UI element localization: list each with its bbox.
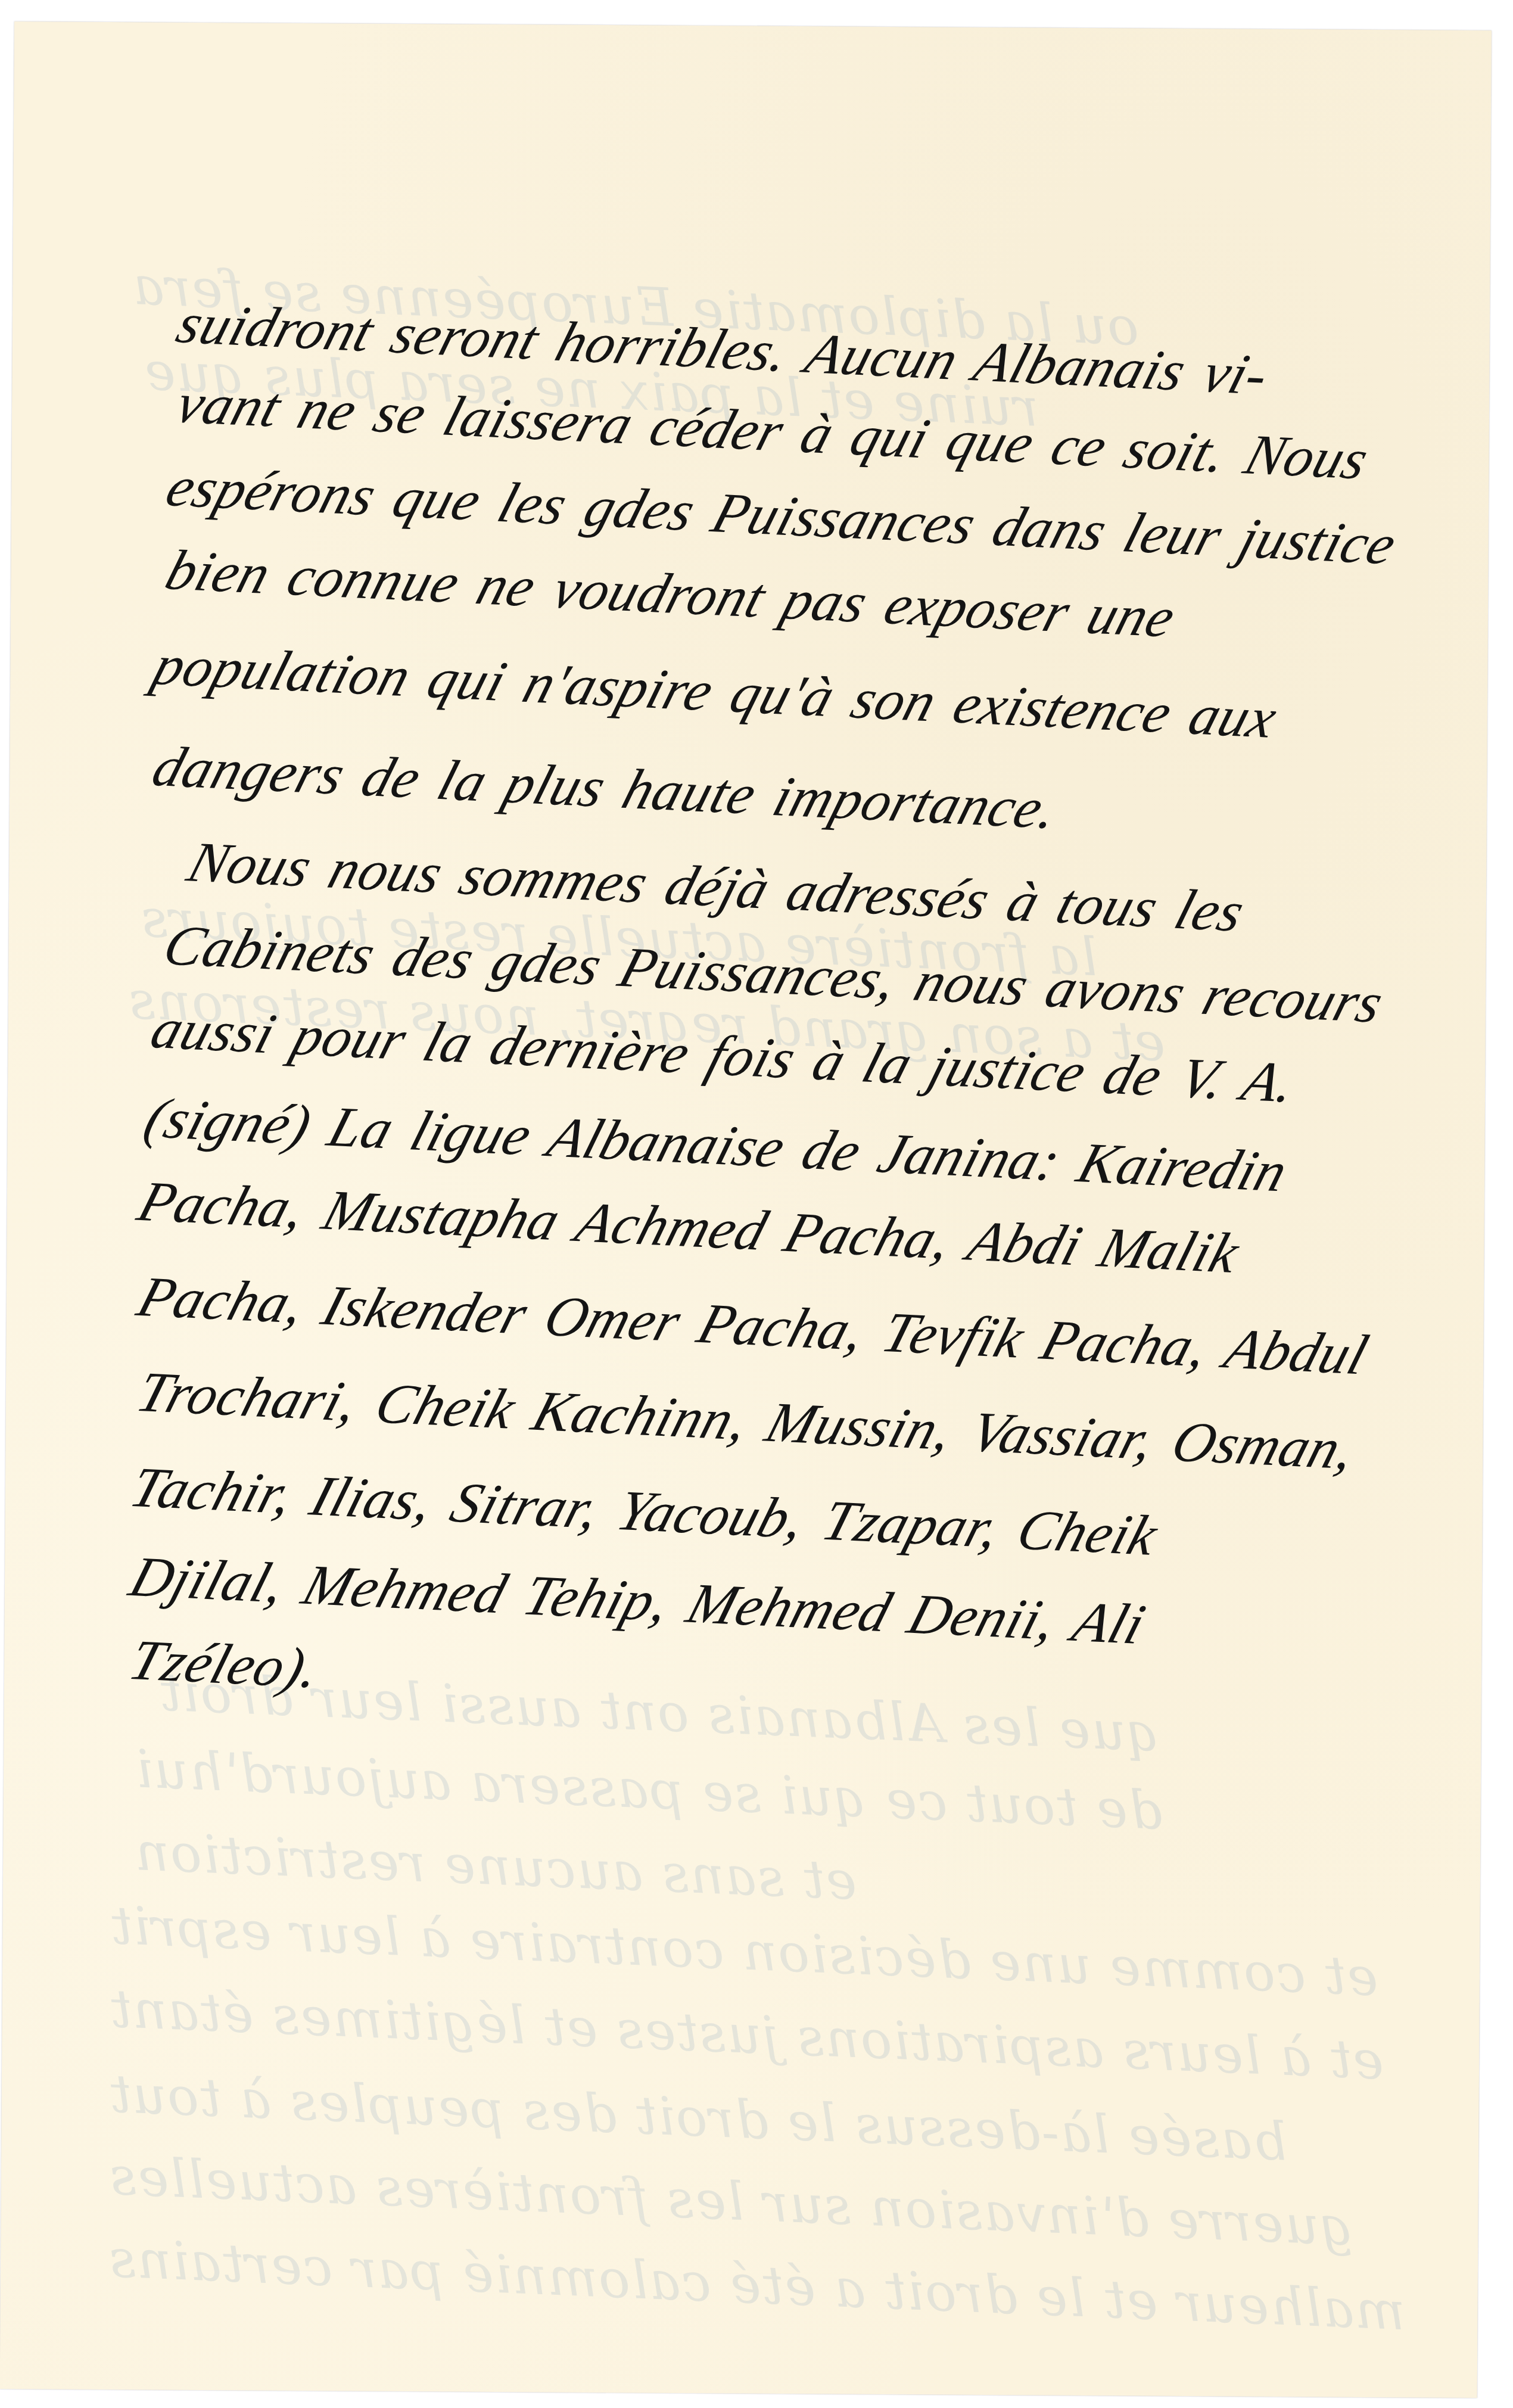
handwritten-line-6: dangers de la plus haute importance. (147, 738, 1065, 838)
handwritten-line-13: Trochari, Cheik Kachinn, Mussin, Vassiar… (131, 1363, 1362, 1478)
paper-sheet: ou la diplomatie Européenne se fera ruin… (0, 21, 1492, 2398)
handwritten-line-12: Pacha, Iskender Omer Pacha, Tevfik Pacha… (132, 1268, 1375, 1384)
handwritten-line-16: Tzéleo). (123, 1631, 328, 1697)
handwritten-line-14: Tachir, Ilias, Sitrar, Yacoub, Tzapar, C… (124, 1458, 1165, 1564)
handwritten-line-5: population qui n'aspire qu'à son existen… (147, 637, 1284, 747)
bleed-through-line: et sans aucune restriction (133, 1821, 858, 1912)
